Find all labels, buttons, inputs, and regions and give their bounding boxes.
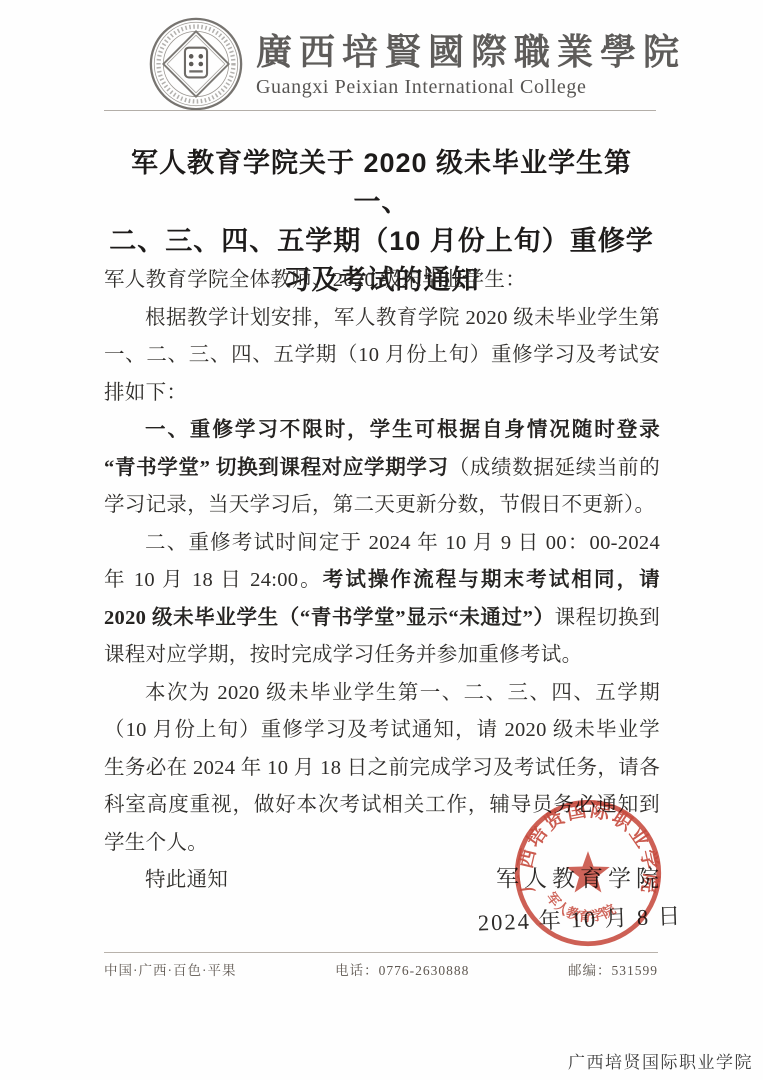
footer-divider bbox=[104, 952, 658, 953]
footer: 中国·广西·百色·平果 电话：0776-2630888 邮编：531599 bbox=[104, 959, 658, 979]
official-seal-stamp-icon: 广西培贤国际职业学院 军人教育学院 bbox=[510, 795, 666, 951]
salutation: 军人教育学院全体教师、2020 级未毕业学生： bbox=[104, 262, 660, 300]
paragraph-item-2: 二、重修考试时间定于 2024 年 10 月 9 日 00：00-2024 年 … bbox=[104, 525, 660, 675]
footer-phone: 电话：0776-2630888 bbox=[335, 959, 469, 979]
seal-inner-text: 军人教育学院 bbox=[543, 889, 618, 924]
footer-address: 中国·广西·百色·平果 bbox=[104, 959, 237, 979]
footer-postcode: 邮编：531599 bbox=[568, 959, 658, 979]
seal-star-icon bbox=[566, 851, 609, 892]
paragraph-intro: 根据教学计划安排，军人教育学院 2020 级未毕业学生第一、二、三、四、五学期（… bbox=[104, 300, 660, 413]
letterhead-divider bbox=[104, 110, 656, 111]
notice-title-line2: 二、三、四、五学期（10 月份上旬）重修学 bbox=[104, 222, 659, 261]
svg-text:军人教育学院: 军人教育学院 bbox=[543, 889, 618, 924]
college-name-chinese: 廣西培賢國際職業學院 bbox=[256, 30, 686, 74]
watermark-college-name: 广西培贤国际职业学院 bbox=[568, 1048, 753, 1073]
scanned-notice-page: 廣西培賢國際職業學院 Guangxi Peixian International… bbox=[0, 0, 763, 1080]
college-names: 廣西培賢國際職業學院 Guangxi Peixian International… bbox=[256, 30, 686, 99]
college-emblem-icon bbox=[148, 16, 244, 112]
letterhead: 廣西培賢國際職業學院 Guangxi Peixian International… bbox=[148, 16, 686, 112]
paragraph-item-1: 一、重修学习不限时，学生可根据自身情况随时登录 “青书学堂” 切换到课程对应学期… bbox=[104, 412, 660, 525]
notice-title-line1: 军人教育学院关于 2020 级未毕业学生第一、 bbox=[104, 144, 659, 222]
college-name-english: Guangxi Peixian International College bbox=[256, 76, 686, 99]
